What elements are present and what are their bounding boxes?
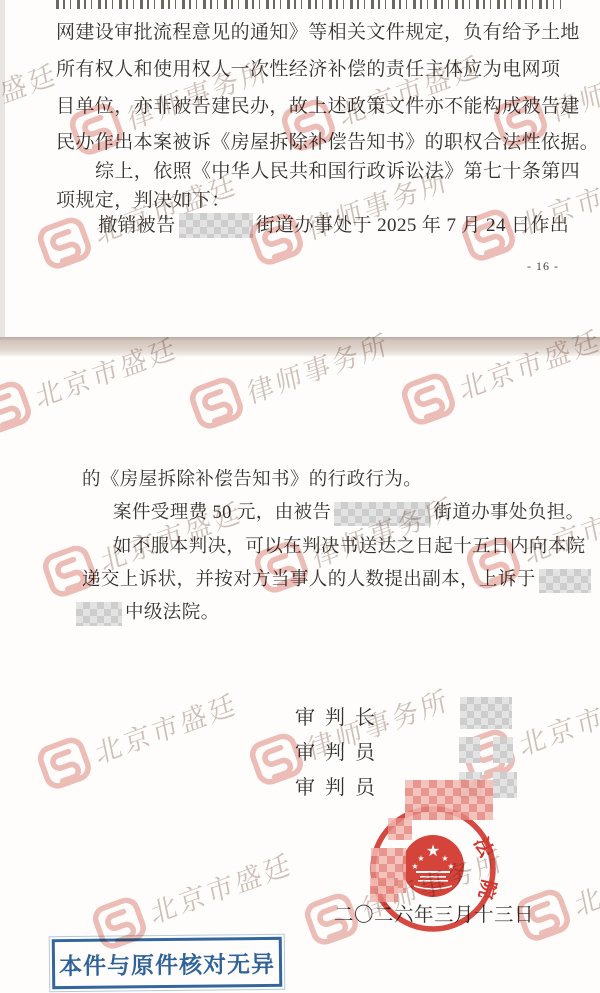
clipped-text-line (56, 0, 561, 9)
judge-name-redaction (493, 737, 513, 763)
fee-text-after: 街道办事处负担。 (433, 501, 584, 526)
judge-name-redaction (459, 737, 480, 763)
body-line: 目单位，亦非被告建民办，故上述政策文件亦不能构成被告建 (56, 94, 580, 119)
seal-redaction-mosaic (388, 818, 412, 840)
body-line: 网建设审批流程意见的通知》等相关文件规定，负有给予土地 (56, 20, 580, 45)
svg-text:★: ★ (447, 862, 454, 871)
redaction-mosaic (76, 602, 122, 626)
body-line: 民办作出本案被诉《房屋拆除补偿告知书》的职权合法性依据。 (56, 130, 599, 155)
page-separator (0, 337, 600, 357)
judge-role-label: 审判长 (295, 701, 385, 730)
body-line: 中级法院。 (76, 601, 220, 626)
redaction-mosaic (539, 569, 591, 593)
svg-text:★: ★ (426, 843, 440, 860)
appeal-text-end: 中级法院。 (125, 601, 220, 626)
body-line: 的《房屋拆除补偿告知书》的行政行为。 (82, 468, 422, 493)
judge-role-label: 审判员 (295, 736, 385, 765)
judgment-last-page (0, 356, 600, 993)
judge-name-redaction (493, 772, 517, 798)
redaction-mosaic (334, 502, 430, 526)
svg-text:★: ★ (411, 862, 418, 871)
appeal-text: 递交上诉状，并按对方当事人的人数提出副本，上诉于 (82, 568, 536, 593)
judgment-page-16: 网建设审批流程意见的通知》等相关文件规定，负有给予土地 所有权人和使用权人一次性… (0, 0, 600, 337)
redaction-mosaic (179, 213, 253, 238)
judge-role-label: 审判员 (295, 771, 385, 800)
verdict-text-before: 撤销被告 (98, 213, 176, 238)
scanned-judgment-document: 网建设审批流程意见的通知》等相关文件规定，负有给予土地 所有权人和使用权人一次性… (0, 0, 600, 993)
page-number: - 16 - (527, 259, 559, 274)
body-line: 如不服本判决，可以在判决书送达之日起十五日内向本院 (113, 535, 586, 560)
body-line: 项规定，判决如下： (56, 188, 231, 213)
fee-line: 案件受理费 50 元，由被告 街道办事处负担。 (113, 501, 585, 526)
body-line: 综上，依照《中华人民共和国行政诉讼法》第七十条第四 (95, 159, 580, 184)
fee-text-before: 案件受理费 50 元，由被告 (113, 501, 331, 526)
verdict-line: 撤销被告 街道办事处于 2025 年 7 月 24 日作出 (98, 213, 569, 238)
body-line: 所有权人和使用权人一次性经济补偿的责任主体应为电网项 (56, 57, 560, 82)
judge-name-redaction (460, 697, 512, 729)
national-emblem-icon: ★ ★ ★ ★ ★ (402, 835, 464, 897)
page-edge-shadow (0, 0, 5, 337)
body-line: 递交上诉状，并按对方当事人的人数提出副本，上诉于 (82, 568, 591, 593)
verification-stamp: 本件与原件核对无异 (52, 937, 283, 989)
verdict-text-after: 街道办事处于 2025 年 7 月 24 日作出 (256, 213, 570, 238)
seal-redaction-mosaic (405, 780, 493, 820)
seal-court-name-char: 院 (474, 878, 499, 902)
seal-redaction-mosaic (370, 878, 398, 902)
